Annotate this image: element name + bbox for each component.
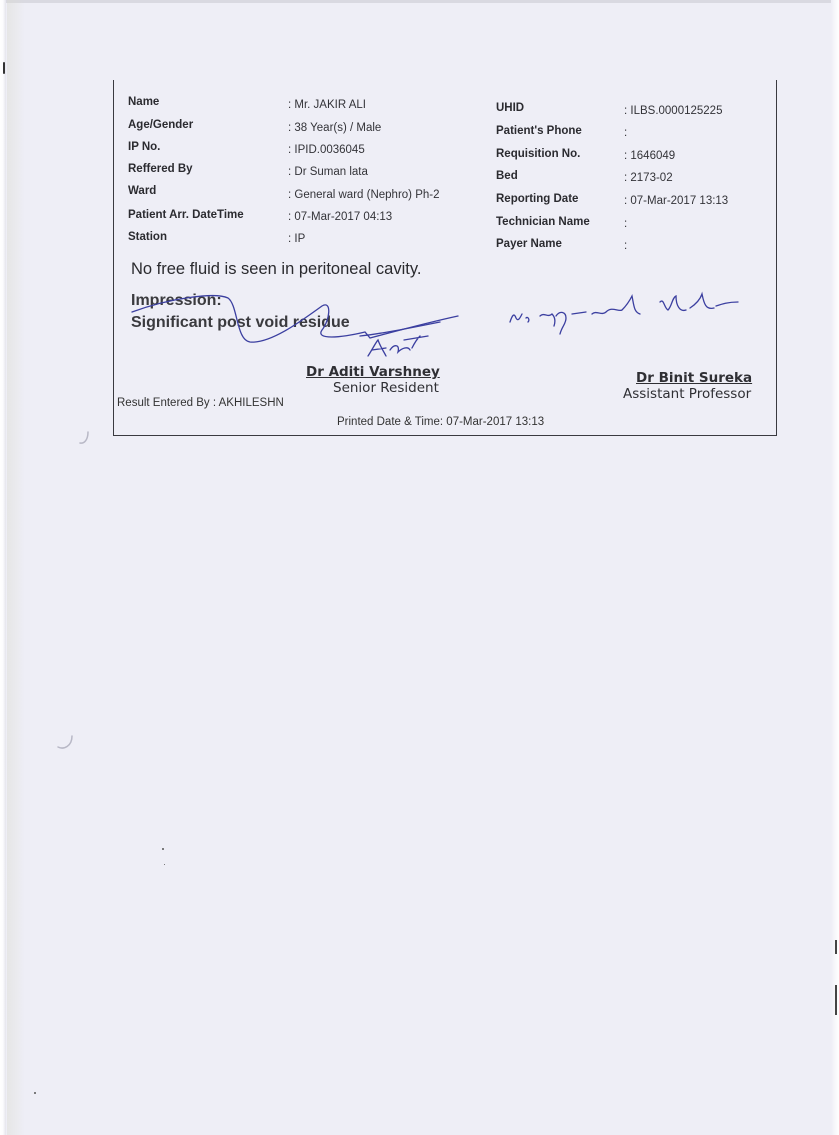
signatory-name-1: Dr Aditi Varshney [306, 364, 440, 380]
scan-speck [3, 62, 5, 74]
info-value-name: : Mr. JAKIR ALI [288, 99, 366, 111]
info-row-arrival: Patient Arr. DateTime [128, 209, 244, 221]
printed-datetime: Printed Date & Time: 07-Mar-2017 13:13 [337, 416, 544, 428]
signatory-title-1: Senior Resident [333, 380, 439, 396]
info-value-referred-by: : Dr Suman lata [288, 166, 368, 178]
info-value-payer: : [624, 240, 627, 252]
info-row-payer: Payer Name [496, 238, 562, 250]
info-row-ip-no: IP No. [128, 141, 160, 153]
signatory-name-2: Dr Binit Sureka [636, 370, 752, 386]
scan-top-edge [0, 0, 839, 3]
scan-speck [162, 848, 164, 850]
impression-text: Significant post void residue [131, 314, 350, 332]
info-value-age-gender: : 38 Year(s) / Male [288, 122, 381, 134]
info-value-phone: : [624, 127, 627, 139]
info-row-requisition: Requisition No. [496, 148, 580, 160]
scan-artifact-hook [80, 432, 88, 443]
info-row-technician: Technician Name [496, 216, 590, 228]
scan-mark [835, 940, 837, 954]
info-value-ip-no: : IPID.0036045 [288, 144, 365, 156]
info-value-bed: : 2173-02 [624, 172, 673, 184]
info-value-ward: : General ward (Nephro) Ph-2 [288, 189, 439, 201]
info-row-age-gender: Age/Gender [128, 119, 193, 131]
scan-artifact-hook [58, 736, 72, 748]
info-row-ward: Ward [128, 185, 156, 197]
info-value-station: : IP [288, 233, 305, 245]
info-value-requisition: : 1646049 [624, 150, 675, 162]
scan-speck [34, 1092, 36, 1094]
signatory-title-2: Assistant Professor [623, 386, 751, 402]
info-row-name: Name [128, 96, 159, 108]
scan-mark [835, 985, 837, 1015]
info-row-uhid: UHID [496, 102, 524, 114]
info-value-reporting-date: : 07-Mar-2017 13:13 [624, 195, 728, 207]
findings-text: No free fluid is seen in peritoneal cavi… [131, 260, 421, 279]
info-row-bed: Bed [496, 170, 518, 182]
info-row-phone: Patient's Phone [496, 125, 582, 137]
info-value-technician: : [624, 218, 627, 230]
scan-left-shadow [7, 0, 25, 1135]
impression-title: Impression: [131, 292, 222, 310]
info-value-arrival: : 07-Mar-2017 04:13 [288, 211, 392, 223]
info-row-reporting-date: Reporting Date [496, 193, 578, 205]
scan-right-edge [831, 0, 839, 1135]
result-entered-by: Result Entered By : AKHILESHN [117, 397, 284, 409]
scan-left-edge [0, 0, 6, 1135]
info-label: Name [128, 96, 159, 108]
scan-speck [164, 864, 165, 865]
info-row-station: Station [128, 231, 167, 243]
info-value-uhid: : ILBS.0000125225 [624, 105, 722, 117]
info-row-referred-by: Reffered By [128, 163, 193, 175]
